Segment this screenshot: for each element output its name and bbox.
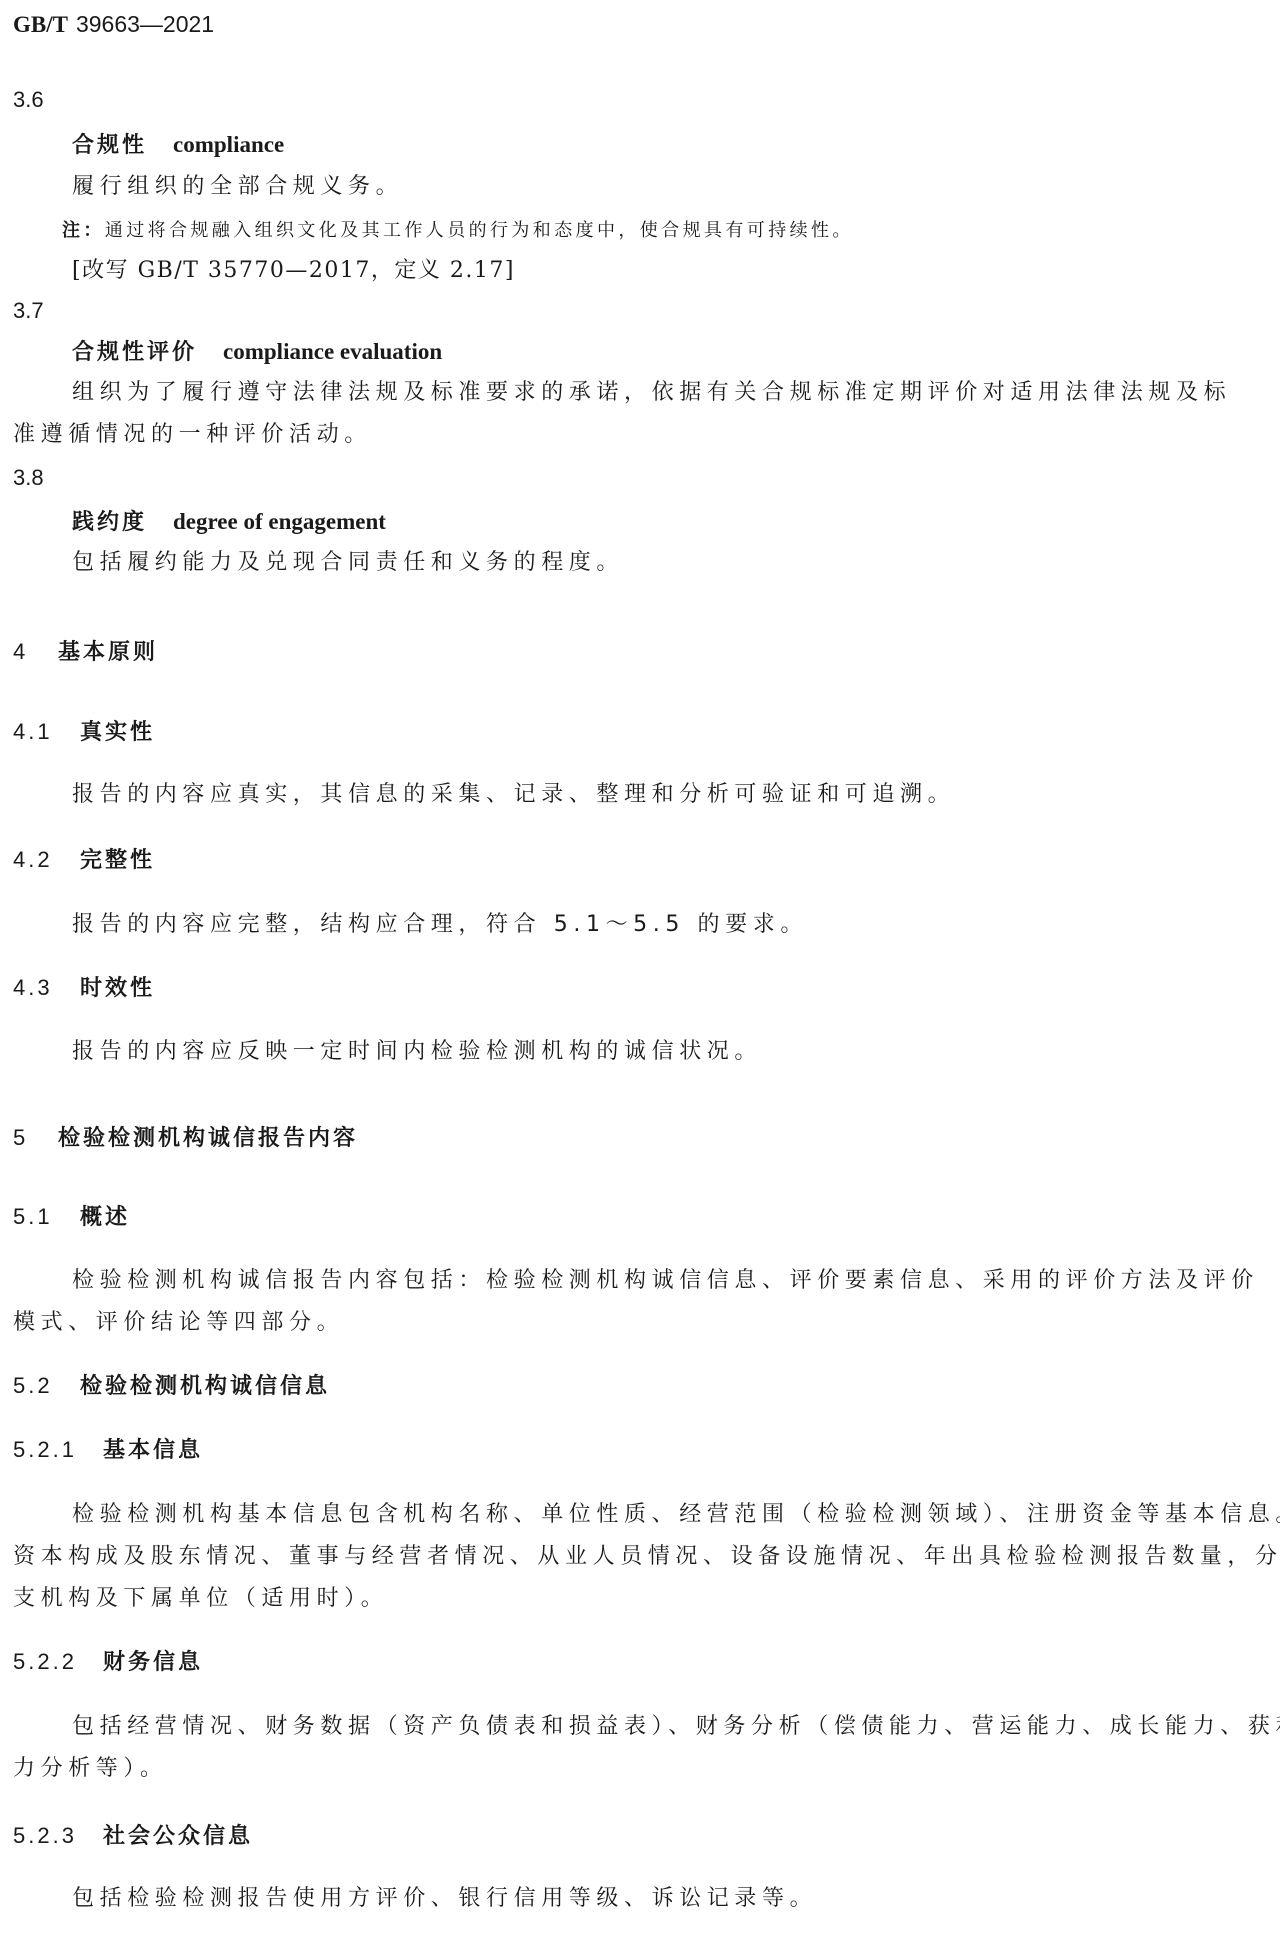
subsubsection-number: 5.2.3 <box>13 1825 103 1847</box>
term-number: 3.6 <box>13 89 44 111</box>
paragraph-line: 包括检验检测报告使用方评价、银行信用等级、诉讼记录等。 <box>72 1888 817 1910</box>
term-zh: 合规性评价 <box>72 340 197 365</box>
section-number: 5 <box>13 1127 58 1149</box>
subsection-number: 5.1 <box>13 1206 80 1228</box>
subsection-heading: 4.2完整性 <box>13 849 155 872</box>
paragraph-line: 资本构成及股东情况、董事与经营者情况、从业人员情况、设备设施情况、年出具检验检测… <box>13 1546 1280 1568</box>
term-number: 3.8 <box>13 467 44 489</box>
subsection-title: 时效性 <box>80 976 155 1001</box>
paragraph-line: 模式、评价结论等四部分。 <box>13 1312 344 1334</box>
term-source: [改写 GB/T 35770—2017，定义 2.17] <box>72 260 515 282</box>
section-number: 4 <box>13 641 58 663</box>
paragraph-line: 检验检测机构基本信息包含机构名称、单位性质、经营范围（检验检测领域）、注册资金等… <box>72 1504 1280 1526</box>
subsubsection-heading: 5.2.3社会公众信息 <box>13 1825 253 1848</box>
note-label: 注： <box>62 220 105 241</box>
subsection-heading: 5.1概述 <box>13 1206 130 1229</box>
subsubsection-heading: 5.2.2财务信息 <box>13 1651 203 1674</box>
subsubsection-heading: 5.2.1基本信息 <box>13 1439 203 1462</box>
term-number: 3.7 <box>13 300 44 322</box>
subsection-title: 真实性 <box>80 720 155 745</box>
term-definition-line: 准遵循情况的一种评价活动。 <box>13 424 372 446</box>
term-en: degree of engagement <box>173 509 386 534</box>
paragraph-line: 包括经营情况、财务数据（资产负债表和损益表）、财务分析（偿债能力、营运能力、成长… <box>72 1716 1280 1738</box>
subsection-heading: 4.1真实性 <box>13 721 155 744</box>
term-definition: 包括履约能力及兑现合同责任和义务的程度。 <box>72 552 624 574</box>
paragraph-line: 检验检测机构诚信报告内容包括：检验检测机构诚信信息、评价要素信息、采用的评价方法… <box>72 1270 1259 1292</box>
subsection-title: 完整性 <box>80 848 155 873</box>
term-note: 注：通过将合规融入组织文化及其工作人员的行为和态度中，使合规具有可持续性。 <box>62 222 854 240</box>
term-heading: 合规性评价compliance evaluation <box>72 340 442 364</box>
subsection-title: 概述 <box>80 1205 130 1230</box>
term-en: compliance <box>173 132 284 157</box>
term-en: compliance evaluation <box>223 339 442 364</box>
subsection-number: 4.3 <box>13 977 80 999</box>
subsection-heading: 4.3时效性 <box>13 977 155 1000</box>
section-heading: 5检验检测机构诚信报告内容 <box>13 1127 358 1150</box>
term-heading: 践约度degree of engagement <box>72 510 386 534</box>
term-definition: 履行组织的全部合规义务。 <box>72 176 403 198</box>
subsubsection-title: 财务信息 <box>103 1650 203 1675</box>
paragraph-line: 支机构及下属单位（适用时）。 <box>13 1588 388 1610</box>
term-heading: 合规性compliance <box>72 133 284 157</box>
subsection-heading: 5.2检验检测机构诚信信息 <box>13 1375 330 1398</box>
standard-number: 39663—2021 <box>76 11 214 37</box>
section-title: 检验检测机构诚信报告内容 <box>58 1126 358 1151</box>
section-title: 基本原则 <box>58 640 158 665</box>
term-zh: 践约度 <box>72 510 147 535</box>
subsubsection-title: 社会公众信息 <box>103 1824 253 1849</box>
term-zh: 合规性 <box>72 133 147 158</box>
running-header: GB/T39663—2021 <box>13 13 214 37</box>
subsubsection-number: 5.2.2 <box>13 1651 103 1673</box>
paragraph-line: 力分析等）。 <box>13 1758 168 1780</box>
subsection-title: 检验检测机构诚信信息 <box>80 1374 330 1399</box>
subsection-number: 4.2 <box>13 849 80 871</box>
subsection-number: 5.2 <box>13 1375 80 1397</box>
paragraph: 报告的内容应反映一定时间内检验检测机构的诚信状况。 <box>72 1041 762 1063</box>
note-text: 通过将合规融入组织文化及其工作人员的行为和态度中，使合规具有可持续性。 <box>105 220 854 241</box>
paragraph: 报告的内容应真实，其信息的采集、记录、整理和分析可验证和可追溯。 <box>72 784 955 806</box>
paragraph: 报告的内容应完整，结构应合理，符合 5.1～5.5 的要求。 <box>72 914 808 936</box>
section-heading: 4基本原则 <box>13 641 158 664</box>
subsubsection-title: 基本信息 <box>103 1438 203 1463</box>
subsection-number: 4.1 <box>13 721 80 743</box>
term-definition-line: 组织为了履行遵守法律法规及标准要求的承诺，依据有关合规标准定期评价对适用法律法规… <box>72 382 1231 404</box>
standard-prefix: GB/T <box>13 12 68 37</box>
subsubsection-number: 5.2.1 <box>13 1439 103 1461</box>
